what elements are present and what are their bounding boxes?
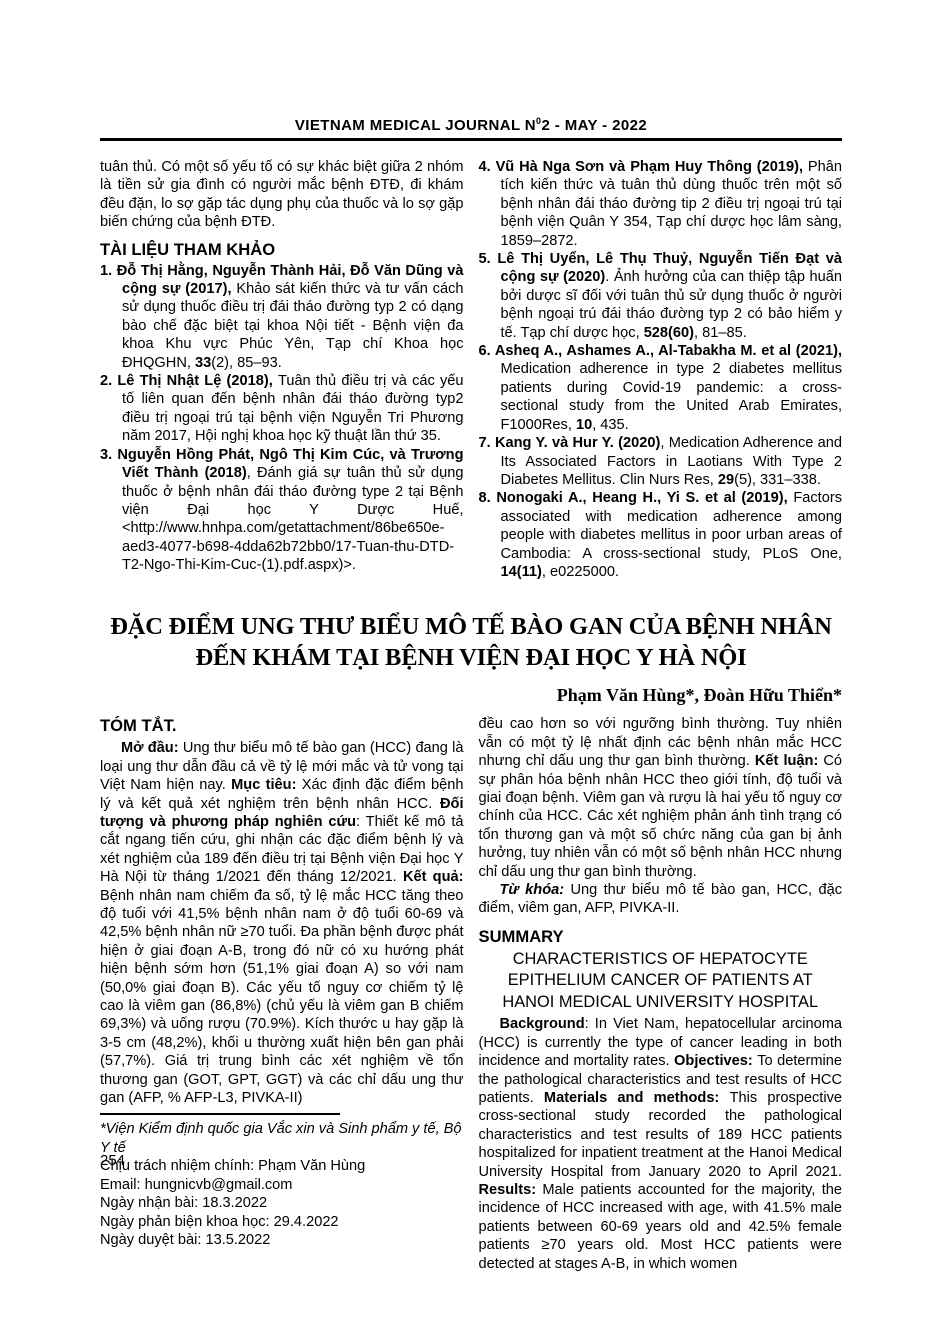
text-run: Results: [479, 1182, 543, 1198]
reference-item: 5. Lê Thị Uyển, Lê Thụ Thuỷ, Nguyễn Tiến… [479, 250, 843, 342]
text-run: Mở đầu: [121, 740, 183, 756]
text-run: Nonogaki A., Heang H., Yi S. et al (2019… [496, 490, 793, 506]
journal-header-text: VIETNAM MEDICAL JOURNAL N [295, 117, 536, 134]
references-section: tuân thủ. Có một số yếu tố có sự khác bi… [100, 158, 842, 581]
reference-number: 1. [100, 263, 117, 279]
text-run: Mục tiêu: [231, 777, 302, 793]
affiliation-note: *Viện Kiểm định quốc gia Vắc xin và Sinh… [100, 1120, 464, 1157]
reference-item: 4. Vũ Hà Nga Sơn và Phạm Huy Thông (2019… [479, 158, 843, 250]
text-run: 33 [195, 355, 211, 371]
text-run: Có sự phân hóa bệnh nhân HCC theo giới t… [479, 753, 843, 879]
text-run: Kang Y. và Hur Y. (2020) [495, 435, 660, 451]
text-run: Từ khóa: [500, 882, 571, 898]
reference-number: 2. [100, 373, 117, 389]
keywords-paragraph: Từ khóa: Ung thư biểu mô tế bào gan, HCC… [479, 881, 843, 918]
reference-item: 7. Kang Y. và Hur Y. (2020), Medication … [479, 434, 843, 489]
text-run: Bệnh nhân nam chiếm đa số, tỷ lệ mắc HCC… [100, 888, 464, 1106]
reference-number: 4. [479, 159, 496, 175]
text-run: Asheq A., Ashames A., Al-Tabakha M. et a… [495, 343, 842, 359]
abstract-summary-section: TÓM TẮT. Mở đầu: Ung thư biểu mô tế bào … [100, 715, 842, 1273]
summary-column: đều cao hơn so với ngưỡng bình thường. T… [479, 715, 843, 1273]
article-title: ĐẶC ĐIỂM UNG THƯ BIỂU MÔ TẾ BÀO GAN CỦA … [100, 611, 842, 673]
reference-item: 8. Nonogaki A., Heang H., Yi S. et al (2… [479, 489, 843, 581]
intro-paragraph: tuân thủ. Có một số yếu tố có sự khác bi… [100, 158, 464, 232]
reference-number: 8. [479, 490, 497, 506]
journal-header: VIETNAM MEDICAL JOURNAL N02 - MAY - 2022 [100, 112, 842, 141]
references-list-left: 1. Đỗ Thị Hằng, Nguyễn Thành Hải, Đỗ Văn… [100, 262, 464, 575]
text-run: Kết luận: [755, 753, 823, 769]
abstract-heading: TÓM TẮT. [100, 715, 464, 736]
review-date-line: Ngày phản biện khoa học: 29.4.2022 [100, 1213, 464, 1231]
abstract-column: TÓM TẮT. Mở đầu: Ung thư biểu mô tế bào … [100, 715, 464, 1273]
text-run: Kết quả: [403, 869, 464, 885]
text-run: , 81–85. [694, 325, 747, 341]
text-run: Vũ Hà Nga Sơn và Phạm Huy Thông (2019), [496, 159, 808, 175]
footnote-divider [100, 1113, 340, 1115]
accepted-date-line: Ngày duyệt bài: 13.5.2022 [100, 1231, 464, 1249]
reference-item: 1. Đỗ Thị Hằng, Nguyễn Thành Hải, Đỗ Văn… [100, 262, 464, 372]
text-run: Medication adherence in type 2 diabetes … [501, 361, 843, 432]
text-run: (2), 85–93. [211, 355, 282, 371]
text-run: , 435. [592, 417, 629, 433]
text-run: (5), 331–338. [734, 472, 821, 488]
top-left-column: tuân thủ. Có một số yếu tố có sự khác bi… [100, 158, 464, 581]
text-run: 10 [576, 417, 592, 433]
responsible-author-line: Chịu trách nhiệm chính: Phạm Văn Hùng [100, 1157, 464, 1175]
reference-number: 3. [100, 447, 117, 463]
top-right-column: 4. Vũ Hà Nga Sơn và Phạm Huy Thông (2019… [479, 158, 843, 581]
text-run: Lê Thị Nhật Lệ (2018), [117, 373, 278, 389]
references-heading: TÀI LIỆU THAM KHẢO [100, 239, 464, 260]
journal-header-issue: 2 - MAY - 2022 [541, 117, 647, 134]
text-run: 29 [718, 472, 734, 488]
reference-item: 6. Asheq A., Ashames A., Al-Tabakha M. e… [479, 342, 843, 434]
article-authors: Phạm Văn Hùng*, Đoàn Hữu Thiển* [100, 684, 842, 706]
text-run: Background [500, 1016, 585, 1032]
summary-paragraph: Background: In Viet Nam, hepatocellular … [479, 1015, 843, 1273]
email-line: Email: hungnicvb@gmail.com [100, 1176, 464, 1194]
references-list-right: 4. Vũ Hà Nga Sơn và Phạm Huy Thông (2019… [479, 158, 843, 581]
text-run: Objectives: [674, 1053, 757, 1069]
reference-number: 6. [479, 343, 495, 359]
text-run: Materials and methods: [544, 1090, 730, 1106]
received-date-line: Ngày nhận bài: 18.3.2022 [100, 1194, 464, 1212]
text-run: , Đánh giá sự tuân thủ sử dụng thuốc ở b… [122, 465, 464, 573]
reference-item: 3. Nguyễn Hồng Phát, Ngô Thị Kim Cúc, và… [100, 446, 464, 575]
text-run: , e0225000. [542, 564, 619, 580]
abstract-paragraph: Mở đầu: Ung thư biểu mô tế bào gan (HCC)… [100, 739, 464, 1107]
article-title-line2: ĐẾN KHÁM TẠI BỆNH VIỆN ĐẠI HỌC Y HÀ NỘI [100, 642, 842, 673]
abstract-continuation-paragraph: đều cao hơn so với ngưỡng bình thường. T… [479, 715, 843, 881]
footnote-block: *Viện Kiểm định quốc gia Vắc xin và Sinh… [100, 1113, 464, 1249]
page-number: 254 [100, 1152, 125, 1170]
article-title-line1: ĐẶC ĐIỂM UNG THƯ BIỂU MÔ TẾ BÀO GAN CỦA … [100, 611, 842, 642]
reference-item: 2. Lê Thị Nhật Lệ (2018), Tuân thủ điều … [100, 372, 464, 446]
reference-number: 5. [479, 251, 498, 267]
text-run: 14(11) [501, 564, 542, 580]
journal-page: VIETNAM MEDICAL JOURNAL N02 - MAY - 2022… [0, 0, 942, 1333]
reference-number: 7. [479, 435, 495, 451]
summary-heading: SUMMARY [479, 926, 843, 947]
summary-title: CHARACTERISTICS OF HEPATOCYTE EPITHELIUM… [481, 949, 841, 1014]
text-run: 528(60) [644, 325, 694, 341]
